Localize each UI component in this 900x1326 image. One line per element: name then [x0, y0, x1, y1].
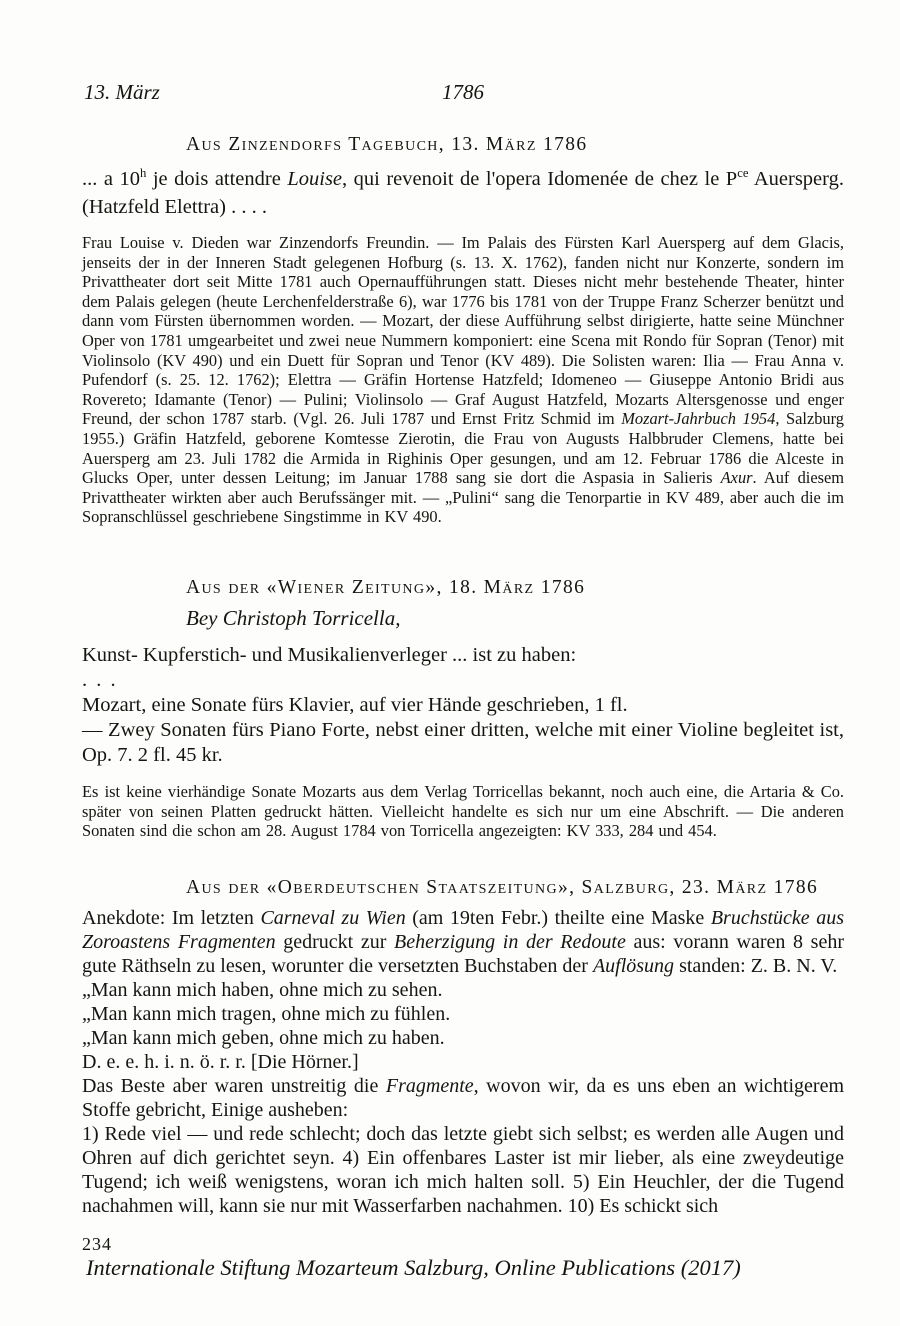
advert-publisher-line: Bey Christoph Torricella,	[186, 606, 844, 631]
section-oberdeutsche-staatszeitung: Aus der «Oberdeutschen Staatszeitung», S…	[82, 877, 844, 1218]
diary-quote-paragraph: ... a 10h je dois attendre Louise, qui r…	[82, 165, 844, 221]
advert-item-sonata: Mozart, eine Sonate fürs Klavier, auf vi…	[82, 693, 844, 718]
section-zinzendorf-tagebuch: Aus Zinzendorfs Tagebuch, 13. März 1786 …	[82, 134, 844, 527]
fragments-paragraph: 1) Rede viel — und rede schlecht; doch d…	[82, 1122, 844, 1218]
ellipsis-line: . . .	[82, 668, 844, 693]
advert-intro-line: Kunst- Kupferstich- und Musikalienverleg…	[82, 643, 844, 668]
page-footer: 234 Internationale Stiftung Mozarteum Sa…	[82, 1234, 844, 1281]
riddle-line: „Man kann mich tragen, ohne mich zu fühl…	[82, 1002, 844, 1026]
anecdote-paragraph: Anekdote: Im letzten Carneval zu Wien (a…	[82, 906, 844, 978]
footer-credit: Internationale Stiftung Mozarteum Salzbu…	[86, 1255, 844, 1281]
fragments-intro-paragraph: Das Beste aber waren unstreitig die Frag…	[82, 1074, 844, 1122]
advert-item-two-sonatas: — Zwey Sonaten fürs Piano Forte, nebst e…	[82, 718, 844, 768]
anecdote-body: Anekdote: Im letzten Carneval zu Wien (a…	[82, 906, 844, 1218]
scanned-book-page: 13. März 1786 Aus Zinzendorfs Tagebuch, …	[0, 0, 900, 1326]
running-head: 13. März 1786	[82, 80, 844, 110]
running-head-date: 13. März	[84, 80, 160, 105]
commentary-paragraph-zinzendorf: Frau Louise v. Dieden war Zinzendorfs Fr…	[82, 233, 844, 527]
section-wiener-zeitung: Aus der «Wiener Zeitung», 18. März 1786 …	[82, 577, 844, 841]
page-number: 234	[82, 1234, 844, 1255]
section-heading-wiener-zeitung: Aus der «Wiener Zeitung», 18. März 1786	[186, 577, 844, 599]
running-head-year: 1786	[82, 80, 844, 105]
section-heading-staatszeitung: Aus der «Oberdeutschen Staatszeitung», S…	[186, 877, 844, 899]
section-heading-zinzendorf: Aus Zinzendorfs Tagebuch, 13. März 1786	[186, 134, 844, 156]
riddle-line: „Man kann mich haben, ohne mich zu sehen…	[82, 978, 844, 1002]
riddle-solution-line: D. e. e. h. i. n. ö. r. r. [Die Hörner.]	[82, 1050, 844, 1074]
riddle-line: „Man kann mich geben, ohne mich zu haben…	[82, 1026, 844, 1050]
commentary-paragraph-torricella: Es ist keine vierhändige Sonate Mozarts …	[82, 782, 844, 841]
